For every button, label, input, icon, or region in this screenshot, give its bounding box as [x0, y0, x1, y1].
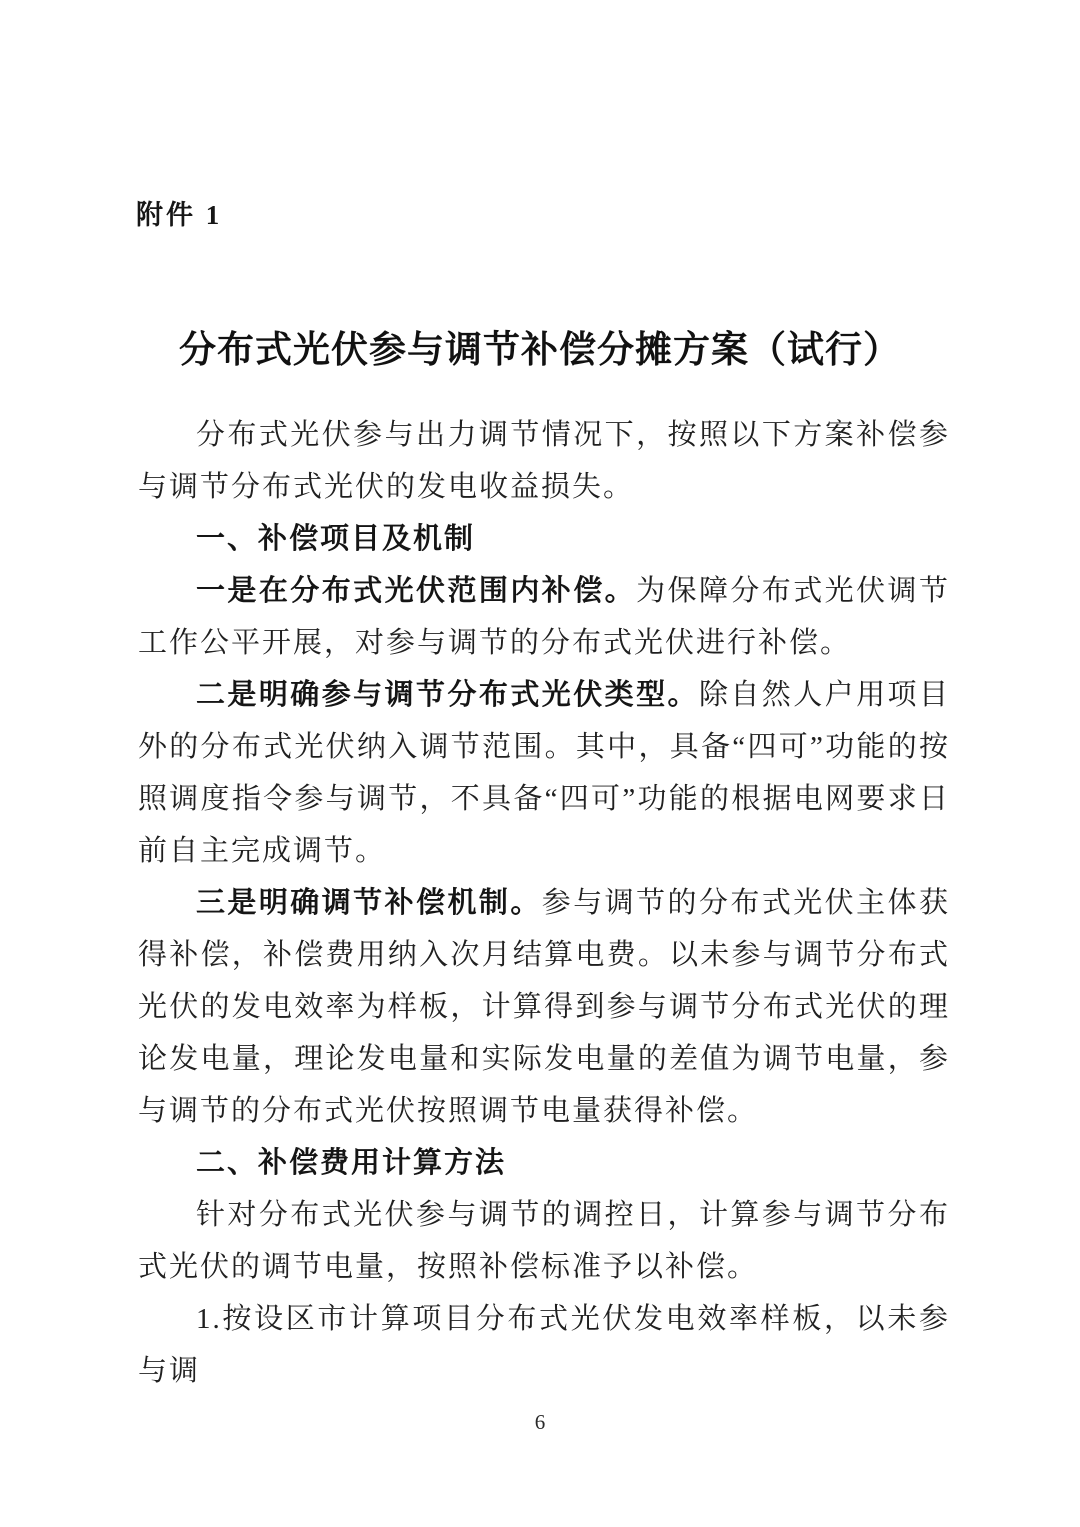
- paragraph-text: 参与调节的分布式光伏主体获得补偿，补偿费用纳入次月结算电费。以未参与调节分布式光…: [138, 887, 950, 1127]
- document-title: 分布式光伏参与调节补偿分摊方案（试行）: [0, 319, 1080, 373]
- paragraph-method-step-1: 1.按设区市计算项目分布式光伏发电效率样板，以未参与调: [138, 1293, 950, 1397]
- paragraph-lead: 一是在分布式光伏范围内补偿。: [196, 575, 636, 607]
- section-heading-2: 二、补偿费用计算方法: [138, 1137, 950, 1189]
- paragraph-lead: 二是明确参与调节分布式光伏类型。: [196, 679, 699, 711]
- paragraph-item-3: 三是明确调节补偿机制。参与调节的分布式光伏主体获得补偿，补偿费用纳入次月结算电费…: [138, 877, 950, 1137]
- paragraph-text: 1.按设区市计算项目分布式光伏发电效率样板，以未参与调: [138, 1303, 950, 1387]
- section-heading-1: 一、补偿项目及机制: [138, 513, 950, 565]
- paragraph-method-intro: 针对分布式光伏参与调节的调控日，计算参与调节分布式光伏的调节电量，按照补偿标准予…: [138, 1189, 950, 1293]
- page-number: 6: [0, 1410, 1080, 1435]
- document-page: 附件 1 分布式光伏参与调节补偿分摊方案（试行） 分布式光伏参与出力调节情况下，…: [0, 0, 1080, 1527]
- section-heading-text: 一、补偿项目及机制: [196, 523, 475, 555]
- paragraph-item-1: 一是在分布式光伏范围内补偿。为保障分布式光伏调节工作公平开展，对参与调节的分布式…: [138, 565, 950, 669]
- paragraph-item-2: 二是明确参与调节分布式光伏类型。除自然人户用项目外的分布式光伏纳入调节范围。其中…: [138, 669, 950, 877]
- section-heading-text: 二、补偿费用计算方法: [196, 1147, 506, 1179]
- paragraph-text: 针对分布式光伏参与调节的调控日，计算参与调节分布式光伏的调节电量，按照补偿标准予…: [138, 1199, 950, 1283]
- paragraph-lead: 三是明确调节补偿机制。: [196, 887, 542, 919]
- paragraph-intro: 分布式光伏参与出力调节情况下，按照以下方案补偿参与调节分布式光伏的发电收益损失。: [138, 409, 950, 513]
- attachment-label: 附件 1: [136, 193, 222, 232]
- document-body: 分布式光伏参与出力调节情况下，按照以下方案补偿参与调节分布式光伏的发电收益损失。…: [138, 409, 950, 1397]
- paragraph-text: 分布式光伏参与出力调节情况下，按照以下方案补偿参与调节分布式光伏的发电收益损失。: [138, 419, 950, 503]
